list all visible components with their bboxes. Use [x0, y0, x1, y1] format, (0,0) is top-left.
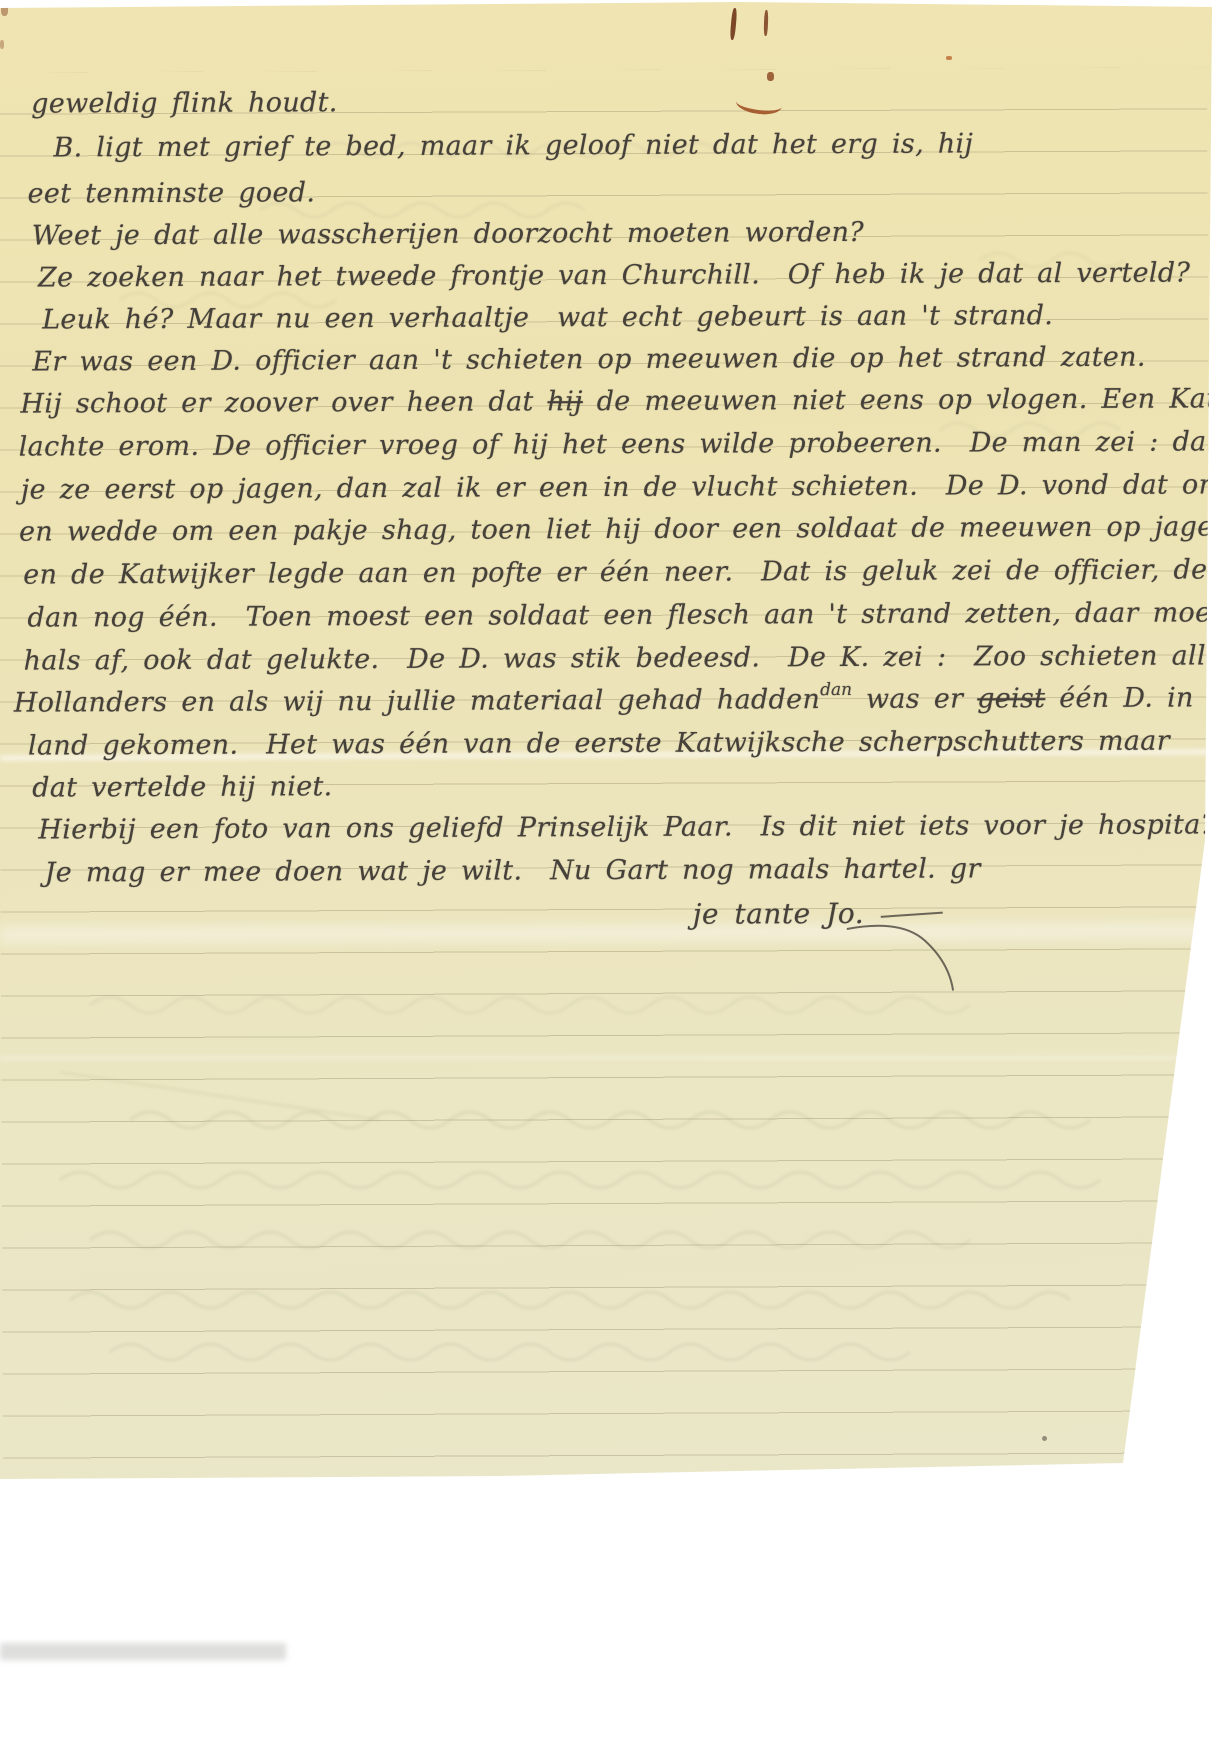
- signature: je tante Jo.: [693, 897, 864, 931]
- struck-word: hij: [547, 386, 582, 417]
- letter-line: Weet je dat alle wasscherijen doorzocht …: [32, 219, 864, 250]
- letter-body: geweldig flink houdt. B. ligt met grief …: [0, 0, 1228, 1487]
- letter-line: Hierbij een foto van ons geliefd Prinsel…: [38, 811, 1215, 843]
- letter-line: je ze eerst op jagen, dan zal ik er een …: [21, 471, 1228, 504]
- letter-line: Hij schoot er zoover over heen dat hij d…: [20, 385, 1228, 418]
- letter-line: dan nog één. Toen moest een soldaat een …: [27, 599, 1228, 631]
- letter-line: Er was een D. officier aan 't schieten o…: [32, 344, 1145, 376]
- scan-shadow: [0, 1643, 286, 1660]
- letter-line: en de Katwijker legde aan en pofte er éé…: [23, 556, 1228, 589]
- letter-line: lachte erom. De officier vroeg of hij he…: [19, 428, 1228, 461]
- scanned-letter-page: geweldig flink houdt. B. ligt met grief …: [0, 0, 1228, 1742]
- letter-line: hals af, ook dat gelukte. De D. was stik…: [24, 642, 1223, 674]
- letter-line: B. ligt met grief te bed, maar ik geloof…: [53, 130, 973, 161]
- letter-line: eet tenminste goed.: [28, 179, 316, 207]
- letter-line: Leuk hé? Maar nu een verhaaltje wat echt…: [42, 302, 1053, 333]
- letter-line: en wedde om een pakje shag, toen liet hi…: [19, 513, 1228, 545]
- letter-line: dat vertelde hij niet.: [32, 773, 332, 801]
- letter-line: Hollanders en als wij nu jullie materiaa…: [14, 684, 1228, 716]
- letter-paper: geweldig flink houdt. B. ligt met grief …: [0, 0, 1228, 1484]
- letter-line: land gekomen. Het was één van de eerste …: [28, 728, 1170, 760]
- letter-line: Ze zoeken naar het tweede frontje van Ch…: [38, 259, 1190, 291]
- struck-word: geist: [977, 683, 1045, 714]
- letter-line: Je mag er mee doen wat je wilt. Nu Gart …: [45, 855, 981, 886]
- inserted-word: dan: [820, 680, 852, 700]
- letter-line: geweldig flink houdt.: [31, 89, 338, 117]
